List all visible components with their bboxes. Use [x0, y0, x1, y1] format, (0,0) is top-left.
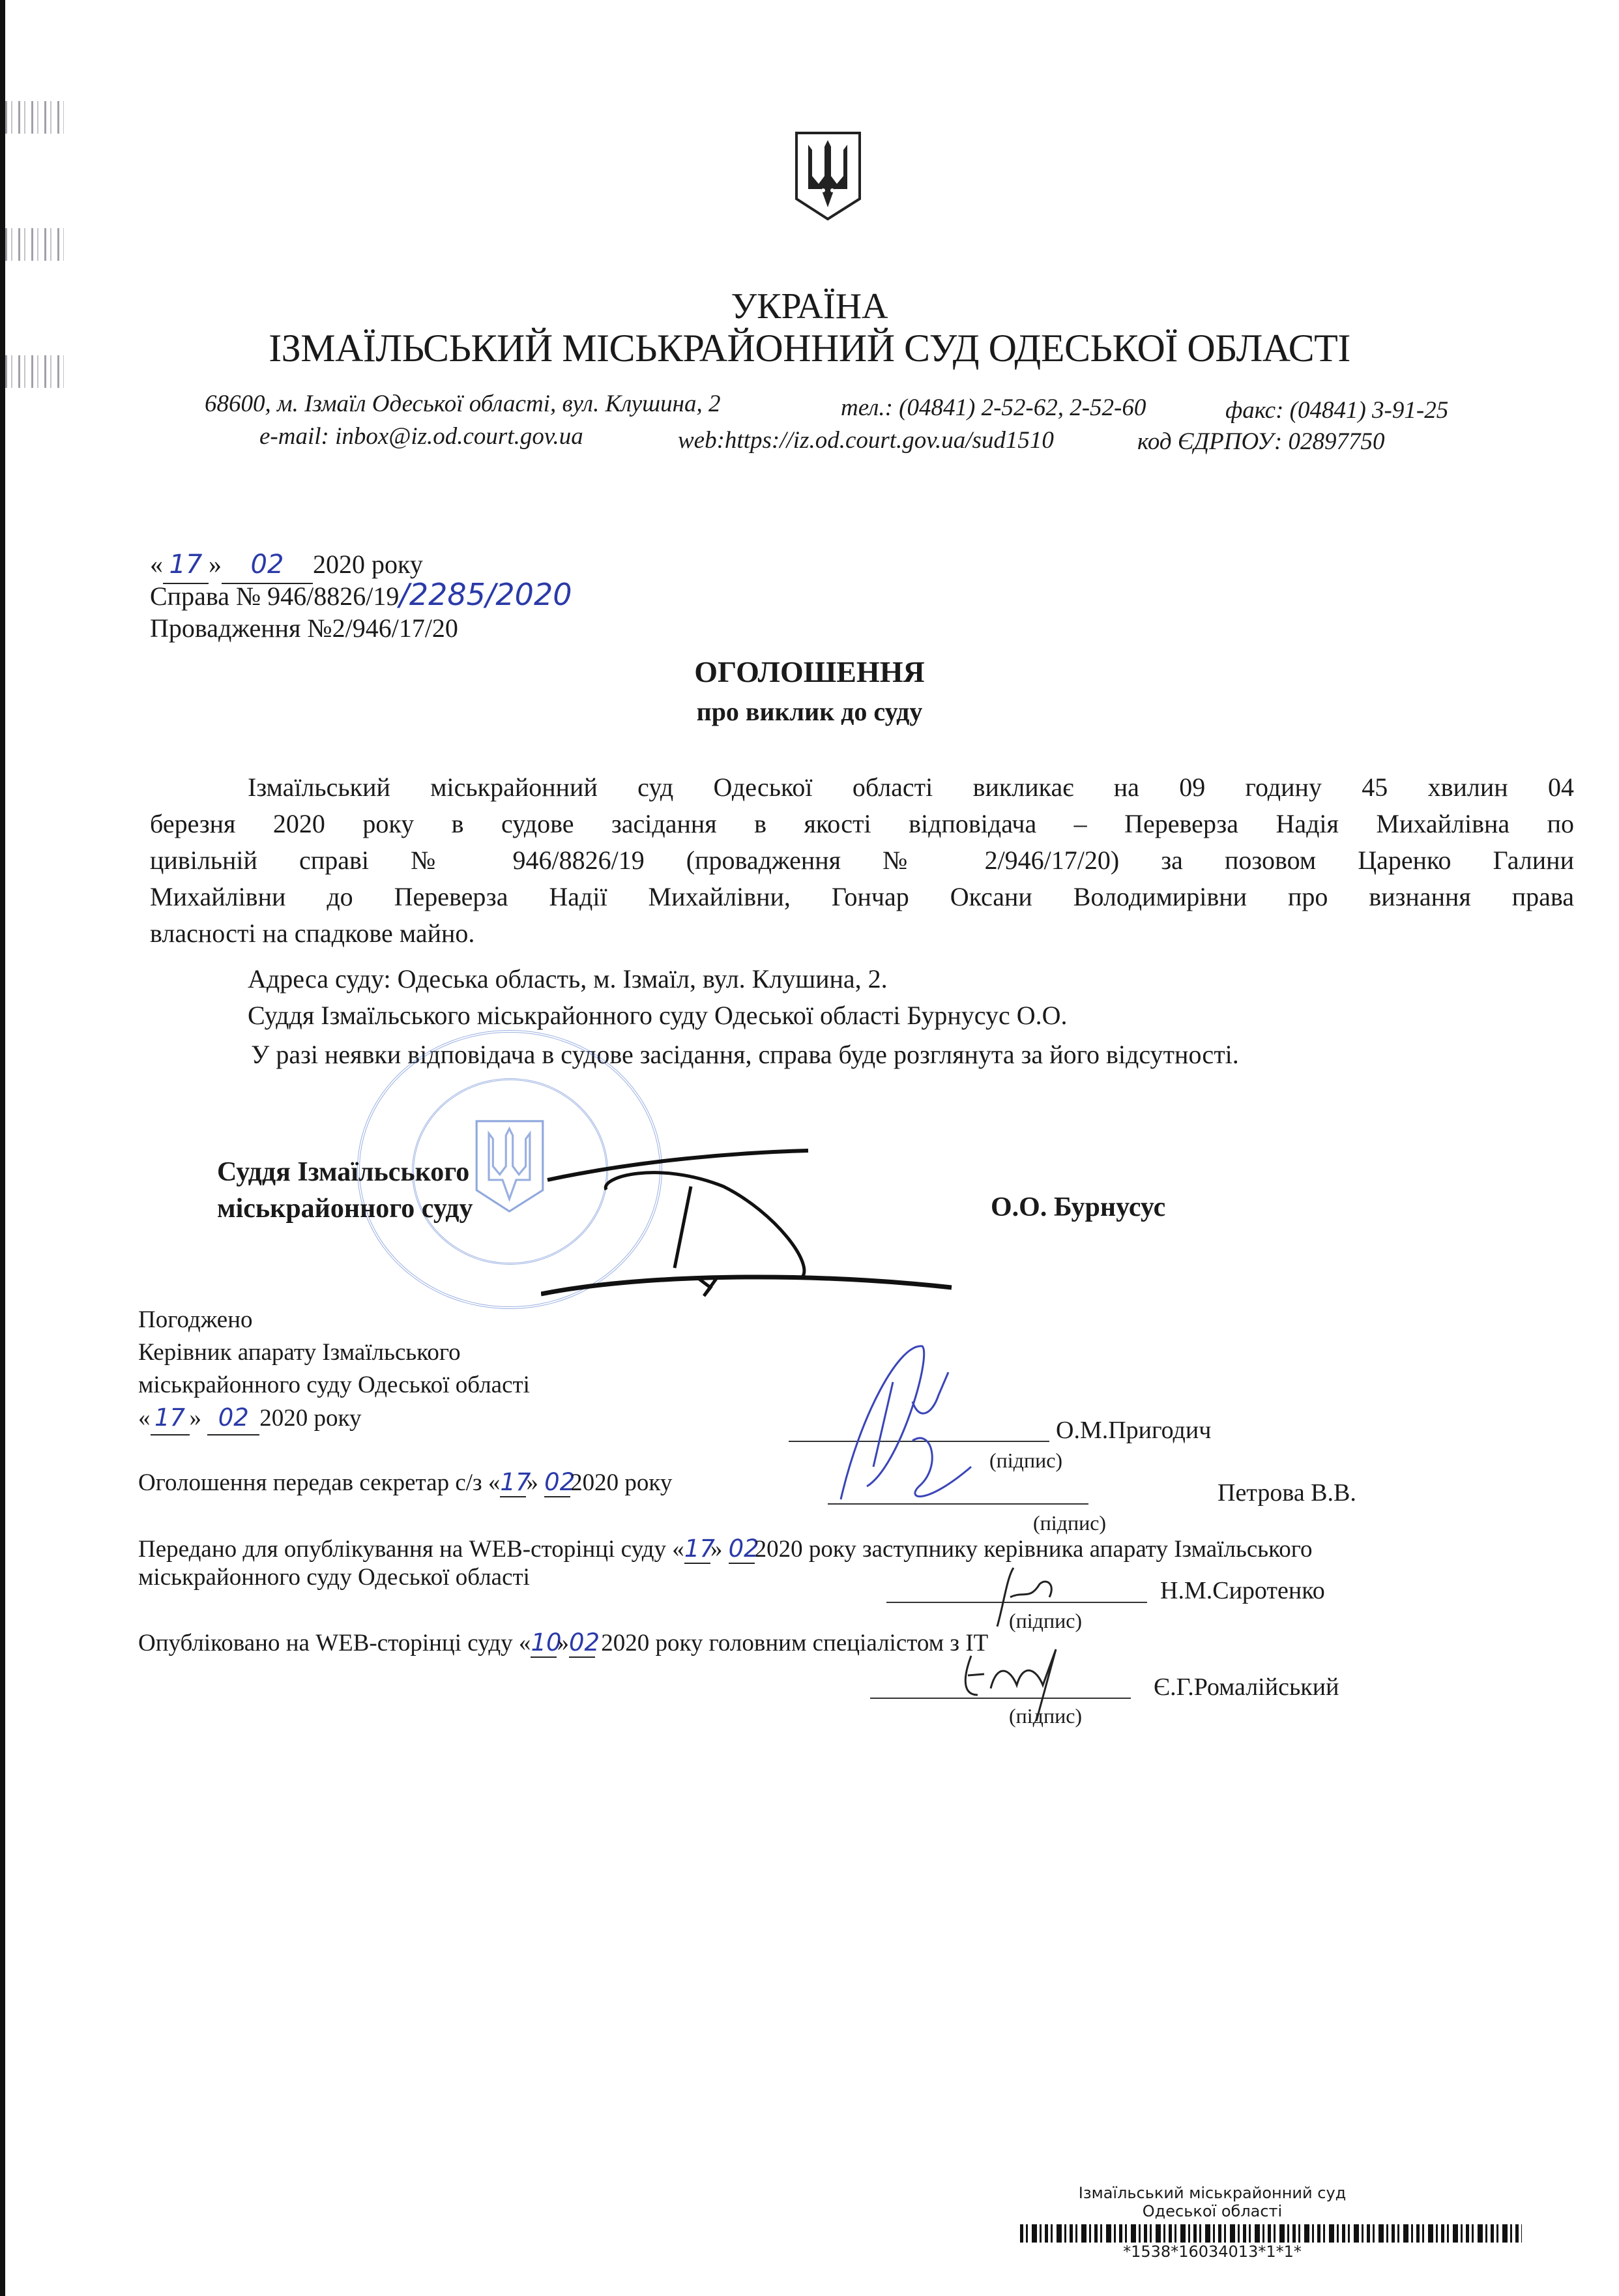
judge-signature — [541, 1147, 958, 1297]
transfer-line: Передано для опублікування на WEB-сторін… — [138, 1535, 1313, 1564]
approval-position: міськрайонного суду Одеської області — [138, 1369, 530, 1402]
body-line: березня 2020 року в судове засідання в я… — [150, 806, 1574, 842]
approval-block: Погоджено Керівник апарату Ізмаїльського… — [138, 1304, 530, 1435]
barcode-number: *1538*16034013*1*1* — [1030, 2243, 1395, 2261]
trident-coat-of-arms-icon — [794, 130, 862, 222]
announcement-body: Ізмаїльський міськрайонний суд Одеської … — [150, 769, 1574, 952]
published-signature — [952, 1636, 1082, 1721]
judge-line: Суддя Ізмаїльського міськрайонного суду … — [248, 997, 1068, 1034]
approval-date: «17» 022020 року — [138, 1402, 530, 1435]
body-line: власності на спадкове майно. — [150, 915, 1574, 952]
case-number: Справа № 946/8826/19/2285/2020 — [150, 576, 572, 615]
court-email: e-mail: inbox@iz.od.court.gov.ua — [259, 422, 583, 450]
approval-name: О.М.Пригодич — [1056, 1416, 1211, 1445]
published-name: Є.Г.Ромалійський — [1154, 1673, 1339, 1701]
approval-position: Керівник апарату Ізмаїльського — [138, 1336, 530, 1369]
court-fax: факс: (04841) 3-91-25 — [1225, 396, 1448, 424]
court-name: ІЗМАЇЛЬСЬКИЙ МІСЬКРАЙОННИЙ СУД ОДЕСЬКОЇ … — [0, 326, 1619, 371]
announcement-subtitle: про виклик до суду — [0, 696, 1619, 727]
court-edrpou: код ЄДРПОУ: 02897750 — [1137, 428, 1384, 456]
case-number-handwritten: /2285/2020 — [399, 577, 572, 612]
signature-caption: (підпис) — [1033, 1511, 1106, 1535]
transfer-signature — [978, 1565, 1069, 1630]
body-line: Ізмаїльський міськрайонний суд Одеської … — [150, 769, 1574, 806]
country-name: УКРАЇНА — [0, 286, 1619, 327]
secretary-line: Оголошення передав секретар с/з «17» 022… — [138, 1468, 672, 1497]
secretary-signature-line — [828, 1503, 1088, 1505]
proceeding-number: Провадження №2/946/17/20 — [150, 610, 458, 647]
body-line: цивільній справі № 946/8826/19 (провадже… — [150, 842, 1574, 879]
document-barcode — [1020, 2224, 1522, 2243]
approval-label: Погоджено — [138, 1304, 530, 1336]
transfer-name: Н.М.Сиротенко — [1160, 1576, 1325, 1605]
scan-noise-artifact — [5, 101, 64, 134]
absence-notice: У разі неявки відповідача в судове засід… — [251, 1037, 1239, 1073]
published-line: Опубліковано на WEB-сторінці суду «10»02… — [138, 1628, 988, 1658]
approval-signature — [821, 1336, 1017, 1506]
judge-signature-title: Суддя Ізмаїльського міськрайонного суду — [217, 1154, 473, 1227]
scan-noise-artifact — [5, 228, 64, 261]
footer-court-label: Ізмаїльський міськрайонний суд Одеської … — [1030, 2184, 1395, 2220]
seal-trident-icon — [474, 1117, 546, 1215]
body-line: Михайлівни до Переверза Надії Михайлівни… — [150, 879, 1574, 915]
judge-name: О.О. Бурнусус — [991, 1192, 1165, 1223]
court-address-line: Адреса суду: Одеська область, м. Ізмаїл,… — [248, 961, 888, 997]
announcement-title: ОГОЛОШЕННЯ — [0, 655, 1619, 689]
court-phone: тел.: (04841) 2-52-62, 2-52-60 — [841, 394, 1146, 422]
transfer-line-2: міськрайонного суду Одеської області — [138, 1563, 530, 1591]
court-website: web:https://iz.od.court.gov.ua/sud1510 — [678, 426, 1054, 454]
secretary-name: Петрова В.В. — [1218, 1479, 1356, 1507]
court-address: 68600, м. Ізмаїл Одеської області, вул. … — [205, 390, 721, 418]
